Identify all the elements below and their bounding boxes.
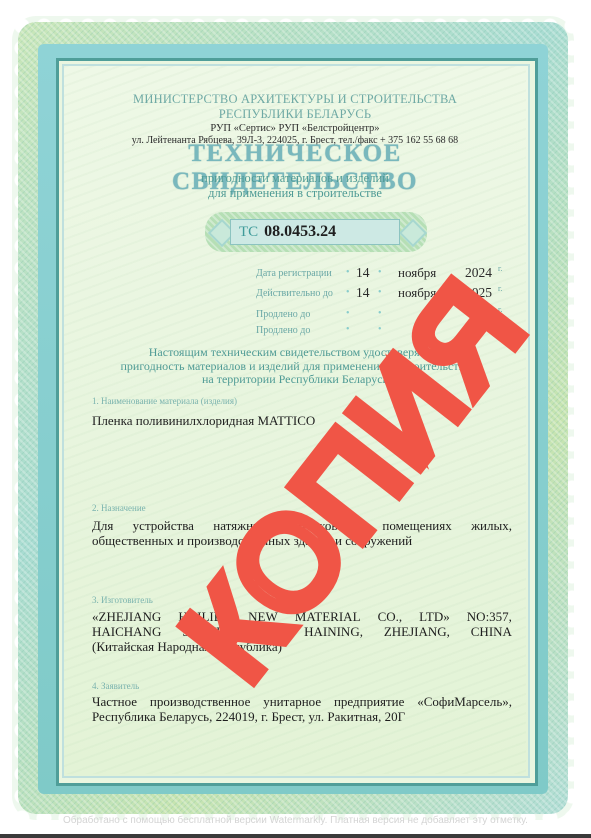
applicant-line-1: Частноепроизводственноеунитарноепредприя… (92, 694, 512, 709)
word: «ZHEJIANG (92, 609, 161, 624)
certificate-number: 08.0453.24 (264, 223, 336, 241)
word: устройства (133, 518, 194, 533)
date-day: 14 (356, 265, 370, 281)
bullet-icon: • (346, 324, 350, 335)
certificate-number-plate: ТС 08.0453.24 (230, 219, 400, 245)
word: NO:357, (467, 609, 512, 624)
document-subtitle: пригодности материалов и изделий для при… (64, 171, 526, 201)
date-label: Действительно до (256, 288, 333, 299)
organization: РУП «Сертис» РУП «Белстройцентр» (64, 123, 526, 135)
ministry-line-1: МИНИСТЕРСТВО АРХИТЕКТУРЫ И СТРОИТЕЛЬСТВА (64, 92, 526, 107)
watermark-footer-note: Обработано с помощью бесплатной версии W… (0, 815, 591, 826)
date-day: 14 (356, 285, 370, 301)
applicant-line-2: Республика Беларусь, 224019, г. Брест, у… (92, 709, 512, 724)
bullet-icon: • (346, 267, 350, 278)
applicant-value: Частноепроизводственноеунитарноепредприя… (92, 694, 512, 724)
purpose-label: 2. Назначение (92, 503, 146, 513)
bullet-icon: • (346, 287, 350, 298)
word: ZHEJIANG, (384, 624, 450, 639)
word: «СофиМарсель», (417, 694, 512, 709)
word: HAICHANG (92, 624, 161, 639)
bullet-icon: • (378, 308, 382, 319)
subtitle-line-1: пригодности материалов и изделий (64, 171, 526, 186)
certificate-prefix: ТС (239, 224, 258, 241)
word: жилых, (471, 518, 512, 533)
manufacturer-label: 3. Изготовитель (92, 595, 153, 605)
ministry-heading: МИНИСТЕРСТВО АРХИТЕКТУРЫ И СТРОИТЕЛЬСТВА… (64, 92, 526, 122)
word: Для (92, 518, 113, 533)
word: CO., (378, 609, 403, 624)
word: CHINA (471, 624, 512, 639)
bottom-divider (0, 834, 591, 838)
date-label: Дата регистрации (256, 268, 332, 279)
date-label: Продлено до (256, 325, 310, 336)
word: предприятие (334, 694, 404, 709)
date-suffix: г. (498, 264, 502, 273)
material-label: 1. Наименование материала (изделия) (92, 396, 237, 406)
bullet-icon: • (378, 287, 382, 298)
date-label: Продлено до (256, 309, 310, 320)
word: LTD» (419, 609, 450, 624)
subtitle-line-2: для применения в строительстве (64, 186, 526, 201)
bullet-icon: • (378, 267, 382, 278)
word: Частное (92, 694, 137, 709)
word: производственное (150, 694, 250, 709)
ministry-line-2: РЕСПУБЛИКИ БЕЛАРУСЬ (64, 107, 526, 122)
date-suffix: г. (498, 284, 502, 293)
applicant-label: 4. Заявитель (92, 681, 139, 691)
bullet-icon: • (346, 308, 350, 319)
